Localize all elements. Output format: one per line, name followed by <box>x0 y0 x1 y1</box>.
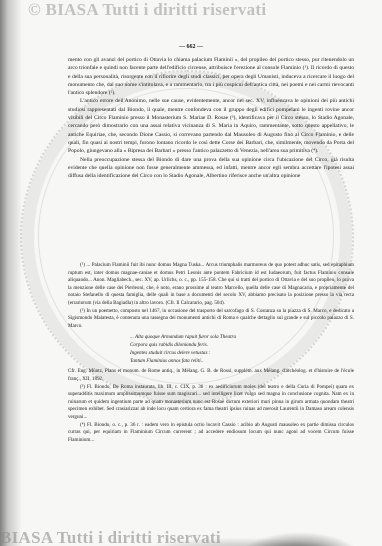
footnote-2: (²) In un poemetto, composto nel 1467, i… <box>68 308 354 331</box>
verse-line: ... Alta quoque Armandum rapuit furor so… <box>130 333 354 341</box>
copyright-watermark-top: © BIASA Tutti i diritti riservati <box>28 0 266 20</box>
page-number: — 662 — <box>0 44 382 50</box>
verse-line: Tantum Flaminius annos fata reliti.. <box>130 357 354 365</box>
footnotes: (¹) ... Palacium Flaminii fuit ibi nunc … <box>68 262 354 444</box>
body-paragraph-1: mento con gli avanzi del portico di Otta… <box>68 56 354 97</box>
footnote-3: (³) Fl. Biondo, De Roma instaurata, lib.… <box>68 384 354 422</box>
verse-line: Ingentes studuit circus delere vetustas … <box>130 349 354 357</box>
verse-line: Corpora quis rabidis diloniandu feris. <box>130 341 354 349</box>
body-paragraph-3: Nella preoccupazione stessa del Biondo d… <box>68 156 354 181</box>
body-paragraph-2: L'antico errore dell'Anonimo, nelle sue … <box>68 97 354 155</box>
footnote-2-citation: Cfr. Eug. Müntz, Plans et monum. de Rome… <box>68 368 354 383</box>
footnote-4: (⁴) Fl. Biondo, o. c., p. 36 r. : eadem … <box>68 422 354 445</box>
main-body-text: mento con gli avanzi del portico di Otta… <box>68 56 354 180</box>
copyright-watermark-bottom: BIASA Tutti i diritti riservati <box>0 528 221 546</box>
scanned-page: © BIASA Tutti i diritti riservati — 662 … <box>0 0 382 546</box>
footnote-1: (¹) ... Palacium Flaminii fuit ibi nunc … <box>68 262 354 308</box>
verse-quotation: ... Alta quoque Armandum rapuit furor so… <box>130 333 354 365</box>
